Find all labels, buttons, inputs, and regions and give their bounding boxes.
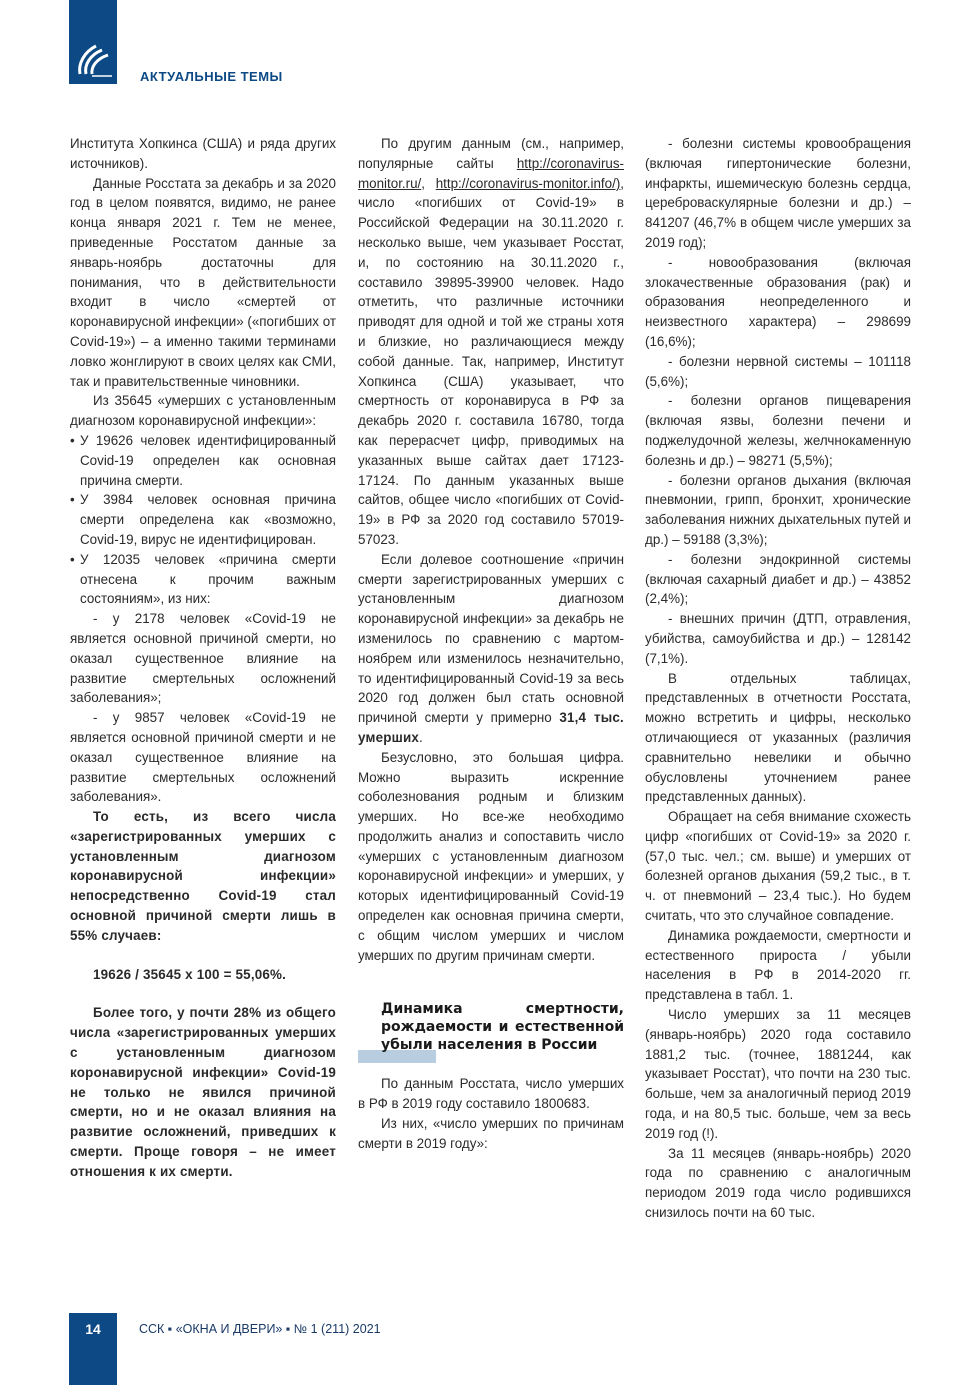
column-2: По другим данным (см., например, популяр… [358,134,624,1154]
paragraph: Обращает на себя внимание схожесть цифр … [645,807,911,926]
paragraph: За 11 месяцев (январь-ноябрь) 2020 года … [645,1144,911,1223]
sub-item: - у 9857 человек «Covid-19 не является о… [70,708,336,807]
paragraph: Данные Росстата за декабрь и за 2020 год… [70,174,336,392]
section-heading: Динамика смертности, рождаемости и естес… [358,1000,624,1054]
magazine-logo-icon [72,38,114,80]
paragraph: Из них, «число умерших по причинам смерт… [358,1114,624,1154]
bullet-item: У 19626 человек идентифицированный Covid… [70,431,336,490]
bullet-item: У 12035 человек «причина смерти отнесена… [70,550,336,609]
paragraph: Если долевое соотношение «причин смерти … [358,550,624,748]
section-label: АКТУАЛЬНЫЕ ТЕМЫ [140,69,283,84]
paragraph: Института Хопкинса (США) и ряда других и… [70,134,336,174]
paragraph: По другим данным (см., например, популяр… [358,134,624,550]
publication-info: ССК ▪ «ОКНА И ДВЕРИ» ▪ № 1 (211) 2021 [139,1322,381,1336]
cause-item: - болезни системы кровообращения (включа… [645,134,911,253]
link-coronavirus-monitor-info[interactable]: http://coronavirus-monitor.info/), [436,176,624,191]
column-3: - болезни системы кровообращения (включа… [645,134,911,1223]
paragraph: В отдельных таблицах, представленных в о… [645,669,911,808]
sub-item: - у 2178 человек «Covid-19 не является о… [70,609,336,708]
bold-paragraph: Более того, у почти 28% из общего числа … [70,1003,336,1181]
paragraph: Безусловно, это большая цифра. Можно выр… [358,748,624,966]
paragraph: Из 35645 «умерших с установленным диагно… [70,391,336,431]
cause-item: - болезни органов пищеварения (включая я… [645,391,911,470]
page-number: 14 [69,1321,117,1337]
bold-paragraph: То есть, из всего числа «зарегистрирован… [70,807,336,946]
cause-item: - внешних причин (ДТП, отравления, убийс… [645,609,911,668]
formula: 19626 / 35645 х 100 = 55,06%. [70,965,336,985]
cause-item: - болезни эндокринной системы (включая с… [645,550,911,609]
cause-item: - болезни нервной системы – 101118 (5,6%… [645,352,911,392]
column-1: Института Хопкинса (США) и ряда других и… [70,134,336,1182]
cause-item: - болезни органов дыхания (включая пневм… [645,471,911,550]
paragraph: Число умерших за 11 месяцев (январь-нояб… [645,1005,911,1144]
paragraph: Динамика рождаемости, смертности и естес… [645,926,911,1005]
paragraph: По данным Росстата, число умерших в РФ в… [358,1074,624,1114]
cause-item: - новообразования (включая злокачественн… [645,253,911,352]
bullet-item: У 3984 человек основная причина смерти о… [70,490,336,549]
